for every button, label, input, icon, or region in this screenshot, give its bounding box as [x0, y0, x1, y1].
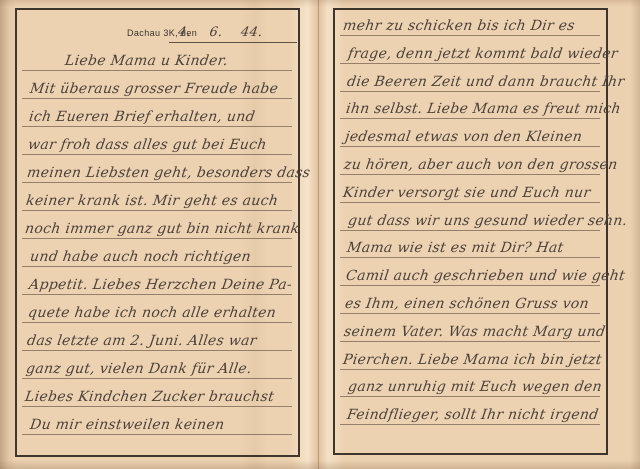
- ruled-line: ganz gut, vielen Dank für Alle.: [22, 352, 292, 379]
- handwriting-text: Mama wie ist es mit Dir? Hat: [346, 240, 565, 256]
- ruled-line: das letzte am 2. Juni. Alles war: [22, 324, 292, 351]
- ruled-line: Feindflieger, sollt Ihr nicht irgend: [340, 398, 600, 425]
- ruled-line: meinen Liebsten geht, besonders dass: [22, 156, 292, 183]
- letter-page-right: mehr zu schicken bis ich Dir esfrage, de…: [333, 8, 608, 455]
- ruled-line: gut dass wir uns gesund wieder sehn.: [340, 204, 600, 231]
- handwriting-text: noch immer ganz gut bin nicht krank: [24, 221, 301, 237]
- handwriting-text: mehr zu schicken bis ich Dir es: [342, 18, 576, 34]
- ruled-line: Mama wie ist es mit Dir? Hat: [340, 231, 600, 258]
- handwriting-text: Du mir einstweilen keinen: [29, 417, 225, 433]
- handwritten-date: 4. 6. 44.: [177, 25, 264, 40]
- ruled-line: seinem Vater. Was macht Marg und: [340, 315, 600, 342]
- ruled-line: war froh dass alles gut bei Euch: [22, 128, 292, 155]
- handwriting-text: keiner krank ist. Mir geht es auch: [25, 193, 279, 209]
- handwriting-text: frage, denn jetzt kommt bald wieder: [347, 46, 619, 62]
- handwriting-text: Kinder versorgt sie und Euch nur: [342, 185, 592, 201]
- ruled-line: zu hören, aber auch von den grossen: [340, 148, 600, 175]
- ruled-line: mehr zu schicken bis ich Dir es: [340, 9, 600, 36]
- handwriting-text: ich Eueren Brief erhalten, und: [28, 109, 256, 125]
- ruled-line: Du mir einstweilen keinen: [22, 408, 292, 435]
- ruled-line: Mit überaus grosser Freude habe: [22, 72, 292, 99]
- ruled-line: ich Eueren Brief erhalten, und: [22, 100, 292, 127]
- scanned-letter-photo: Dachau 3K, den 4. 6. 44. Liebe Mama u Ki…: [0, 0, 640, 469]
- ruled-line: jedesmal etwas von den Kleinen: [340, 120, 600, 147]
- handwriting-text: zu hören, aber auch von den grossen: [343, 157, 619, 173]
- handwriting-text: Feindflieger, sollt Ihr nicht irgend: [346, 407, 600, 423]
- handwriting-text: Liebe Mama u Kinder.: [64, 53, 229, 69]
- handwriting-text: seinem Vater. Was macht Marg und: [343, 324, 606, 340]
- handwriting-text: quete habe ich noch alle erhalten: [27, 305, 277, 321]
- handwriting-text: und habe auch noch richtigen: [29, 249, 252, 265]
- handwriting-text: gut dass wir uns gesund wieder sehn.: [347, 213, 628, 229]
- handwriting-text: Pierchen. Liebe Mama ich bin jetzt: [342, 352, 603, 368]
- ruled-line: frage, denn jetzt kommt bald wieder: [340, 37, 600, 64]
- ruled-line: Liebe Mama u Kinder.: [22, 44, 292, 71]
- date-rule: 4. 6. 44.: [169, 16, 297, 43]
- handwriting-text: jedesmal etwas von den Kleinen: [344, 129, 583, 145]
- handwriting-text: meinen Liebsten geht, besonders dass: [26, 165, 311, 181]
- handwriting-text: Camil auch geschrieben und wie geht: [345, 268, 626, 284]
- handwriting-text: ganz gut, vielen Dank für Alle.: [25, 361, 253, 377]
- handwriting-text: es Ihm, einen schönen Gruss von: [344, 296, 590, 312]
- ruled-line: Appetit. Liebes Herzchen Deine Pa-: [22, 268, 292, 295]
- ruled-line: noch immer ganz gut bin nicht krank: [22, 212, 292, 239]
- ruled-line: ganz unruhig mit Euch wegen den: [340, 370, 600, 397]
- handwriting-text: Appetit. Liebes Herzchen Deine Pa-: [28, 277, 293, 293]
- ruled-line: Pierchen. Liebe Mama ich bin jetzt: [340, 343, 600, 370]
- handwriting-text: ganz unruhig mit Euch wegen den: [347, 379, 603, 395]
- handwriting-text: Mit überaus grosser Freude habe: [29, 81, 279, 97]
- letter-page-left: Dachau 3K, den 4. 6. 44. Liebe Mama u Ki…: [15, 8, 300, 457]
- handwriting-text: Liebes Kindchen Zucker brauchst: [24, 389, 275, 405]
- ruled-line: Camil auch geschrieben und wie geht: [340, 259, 600, 286]
- ruled-line: die Beeren Zeit und dann braucht Ihr: [340, 65, 600, 92]
- handwriting-text: ihn selbst. Liebe Mama es freut mich: [345, 101, 622, 117]
- ruled-line: es Ihm, einen schönen Gruss von: [340, 287, 600, 314]
- ruled-line: ihn selbst. Liebe Mama es freut mich: [340, 92, 600, 119]
- handwriting-text: war froh dass alles gut bei Euch: [27, 137, 268, 153]
- ruled-line: Liebes Kindchen Zucker brauchst: [22, 380, 292, 407]
- handwriting-text: das letzte am 2. Juni. Alles war: [26, 333, 258, 349]
- ruled-line: keiner krank ist. Mir geht es auch: [22, 184, 292, 211]
- handwriting-text: die Beeren Zeit und dann braucht Ihr: [346, 74, 626, 90]
- letter-sheet: Dachau 3K, den 4. 6. 44. Liebe Mama u Ki…: [0, 0, 640, 469]
- ruled-line: quete habe ich noch alle erhalten: [22, 296, 292, 323]
- ruled-line: und habe auch noch richtigen: [22, 240, 292, 267]
- fold-crease: [318, 0, 319, 469]
- ruled-line: Kinder versorgt sie und Euch nur: [340, 176, 600, 203]
